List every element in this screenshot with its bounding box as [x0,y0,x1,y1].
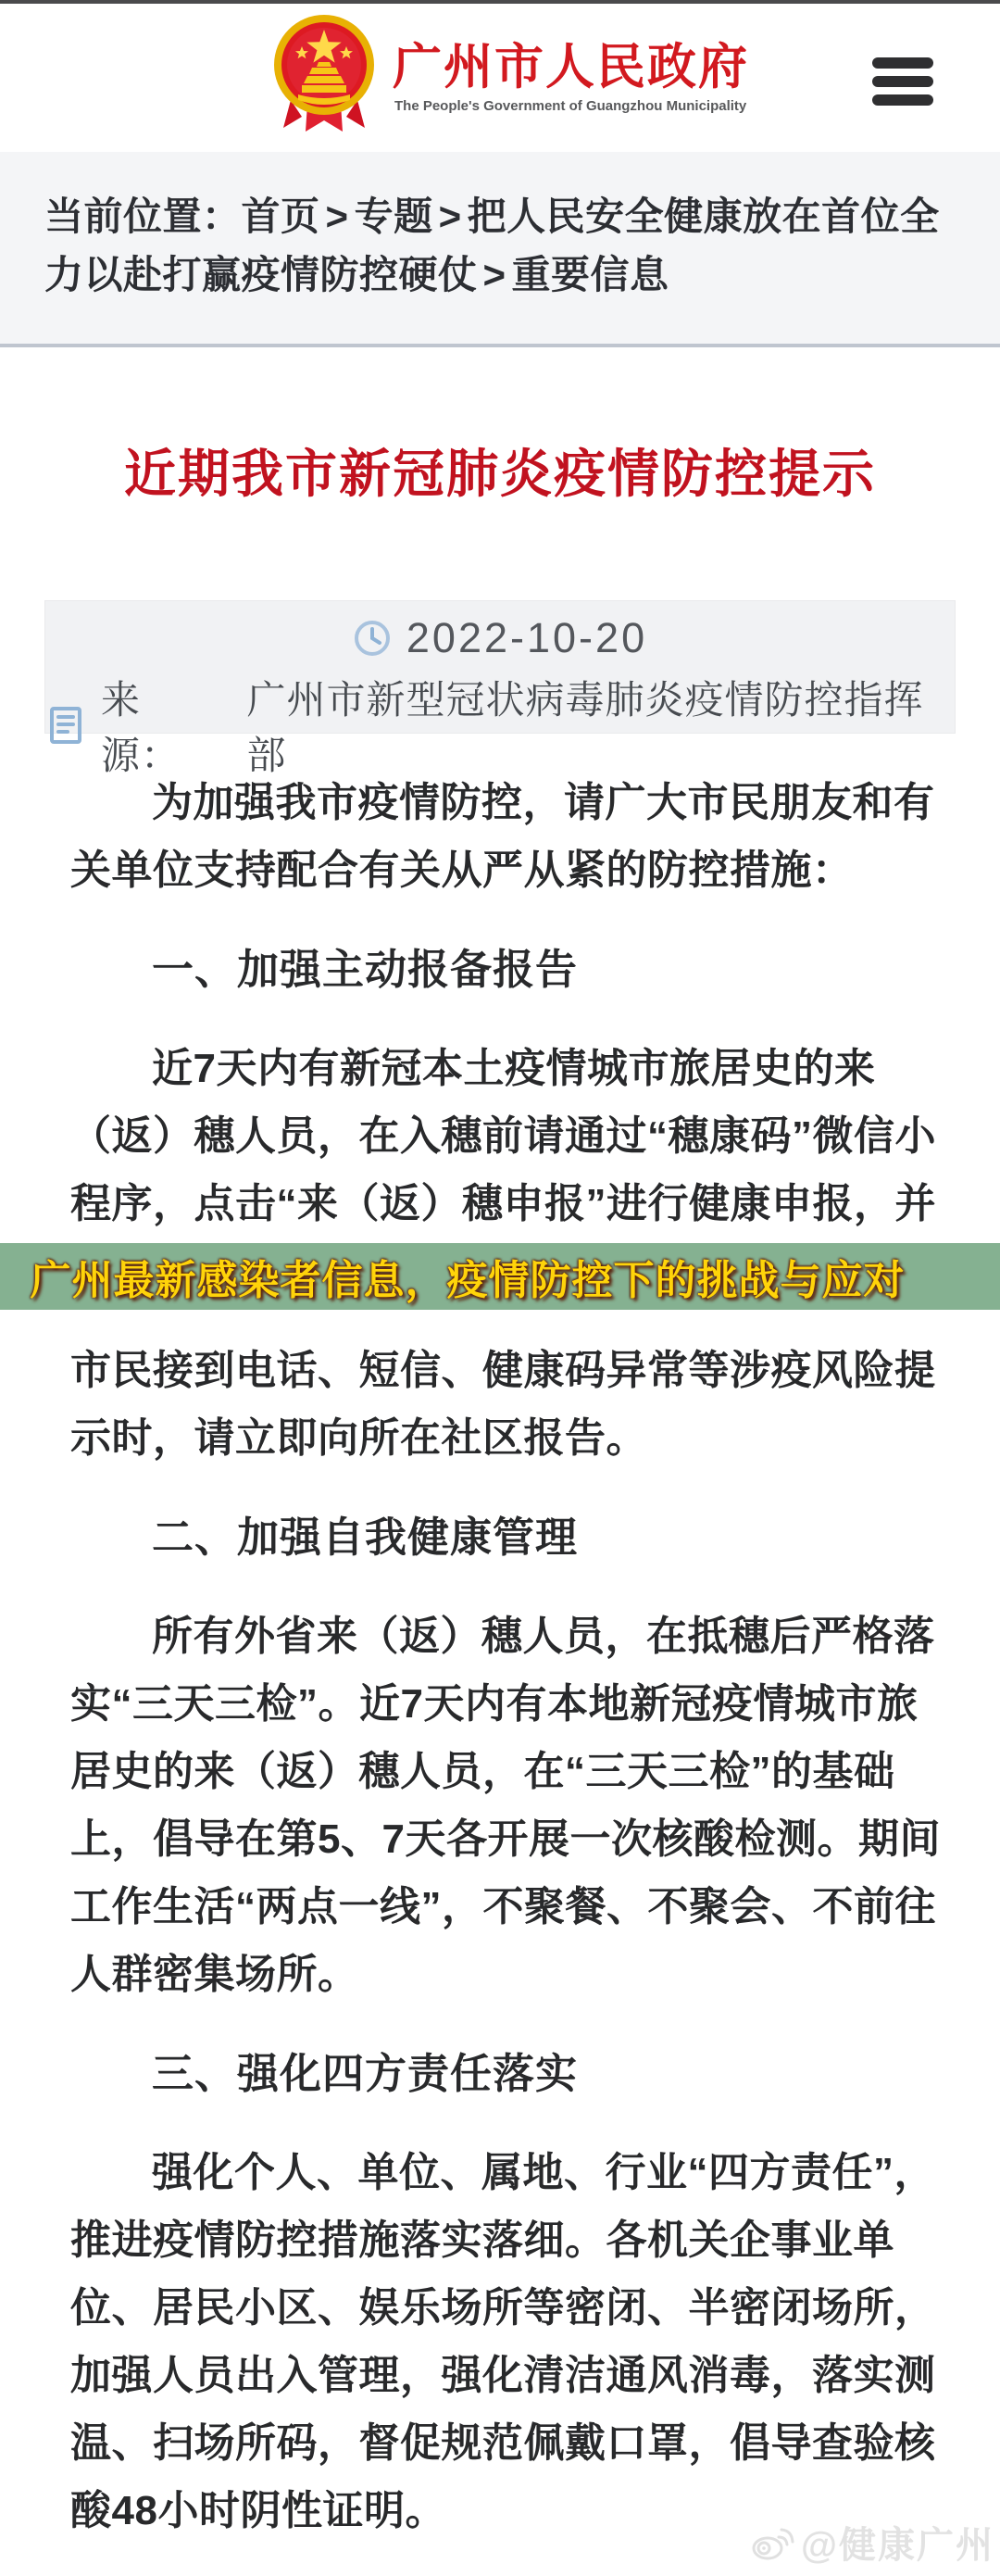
paragraph-line: 市民接到电话、短信、健康码异常等涉疫风险提 [70,1337,930,1404]
breadcrumb: 当前位置：首页>专题>把人民安全健康放在首位全力以赴打赢疫情防控硬仗>重要信息 [0,152,1000,347]
meta-date-row: 2022-10-20 [45,614,955,662]
hamburger-menu-icon [872,57,933,69]
watermark-text: @健康广州 [801,2516,994,2569]
paragraph-line: 关单位支持配合有关从严从紧的防控措施： [70,836,930,904]
site-header: 广州市人民政府 The People's Government of Guang… [0,4,1000,152]
breadcrumb-link[interactable]: 重要信息 [512,253,669,296]
site-subtitle: The People's Government of Guangzhou Mun… [394,98,746,114]
breadcrumb-separator: > [433,195,468,238]
breadcrumb-separator: > [478,253,512,296]
paragraph-line: 所有外省来（返）穗人员，在抵穗后严格落 [70,1602,930,1670]
meta-source-row: 来源： 广州市新型冠状病毒肺炎疫情防控指挥部 [45,670,955,781]
article-date: 2022-10-20 [406,614,647,662]
paragraph: 为加强我市疫情防控，请广大市民朋友和有关单位支持配合有关从严从紧的防控措施： [70,769,930,904]
paragraph-line: 实“三天三检”。近7天内有本地新冠疫情城市旅 [70,1670,930,1738]
paragraph-line: 居史的来（返）穗人员，在“三天三检”的基础 [70,1738,930,1805]
breadcrumb-link[interactable]: 专题 [355,195,433,238]
article-body: 为加强我市疫情防控，请广大市民朋友和有关单位支持配合有关从严从紧的防控措施：一、… [0,769,1000,2576]
paragraph-line: 推进疫情防控措施落实落细。各机关企事业单 [70,2206,930,2274]
section-heading: 一、加强主动报备报告 [70,936,930,1003]
china-national-emblem-icon [270,11,378,133]
paragraph: 所有外省来（返）穗人员，在抵穗后严格落实“三天三检”。近7天内有本地新冠疫情城市… [70,1602,930,2008]
paragraph: 强化个人、单位、属地、行业“四方责任”，推进疫情防控措施落实落细。各机关企事业单… [70,2139,930,2545]
weibo-watermark: @健康广州 [751,2516,994,2569]
breadcrumb-link[interactable]: 首页 [242,195,320,238]
paragraph-line: 位、居民小区、娱乐场所等密闭、半密闭场所， [70,2274,930,2342]
site-logo[interactable] [270,11,378,133]
source-value: 广州市新型冠状病毒肺炎疫情防控指挥部 [246,670,955,781]
paragraph-line: （返）穗人员，在入穗前请通过“穗康码”微信小 [70,1102,930,1170]
section-heading: 三、强化四方责任落实 [70,2040,930,2107]
paragraph-line: 近7天内有新冠本土疫情城市旅居史的来 [70,1035,930,1102]
article-meta-box: 2022-10-20 来源： 广州市新型冠状病毒肺炎疫情防控指挥部 [44,600,956,734]
paragraph-line: 上，倡导在第5、7天各开展一次核酸检测。期间 [70,1805,930,1873]
section-heading: 二、加强自我健康管理 [70,1503,930,1571]
breadcrumb-separator: > [320,195,355,238]
menu-button[interactable] [872,57,933,106]
source-label: 来源： [101,670,219,781]
site-title[interactable]: 广州市人民政府 [393,28,749,98]
paragraph-line: 温、扫场所码，督促规范佩戴口罩，倡导查验核 [70,2409,930,2477]
weibo-icon [751,2524,795,2561]
overlay-watermark-band: 广州最新感染者信息，疫情防控下的挑战与应对 [0,1243,1000,1310]
paragraph-line: 强化个人、单位、属地、行业“四方责任”， [70,2139,930,2206]
paragraph-line: 程序，点击“来（返）穗申报”进行健康申报，并 [70,1170,930,1238]
breadcrumb-label: 当前位置： [44,195,242,238]
overlay-band-text: 广州最新感染者信息，疫情防控下的挑战与应对 [0,1243,1000,1310]
page: 广州市人民政府 The People's Government of Guang… [0,0,1000,2576]
document-icon [45,704,86,747]
paragraph-line: 为加强我市疫情防控，请广大市民朋友和有 [70,769,930,836]
paragraph-line: 人群密集场所。 [70,1941,930,2008]
clock-icon [353,619,392,658]
paragraph-line: 示时，请立即向所在社区报告。 [70,1404,930,1472]
paragraph-line: 工作生活“两点一线”，不聚餐、不聚会、不前往 [70,1873,930,1941]
paragraph: 市民接到电话、短信、健康码异常等涉疫风险提示时，请立即向所在社区报告。 [70,1337,930,1472]
article-title: 近期我市新冠肺炎疫情防控提示 [0,434,1000,508]
paragraph-line: 加强人员出入管理，强化清洁通风消毒，落实测 [70,2342,930,2409]
